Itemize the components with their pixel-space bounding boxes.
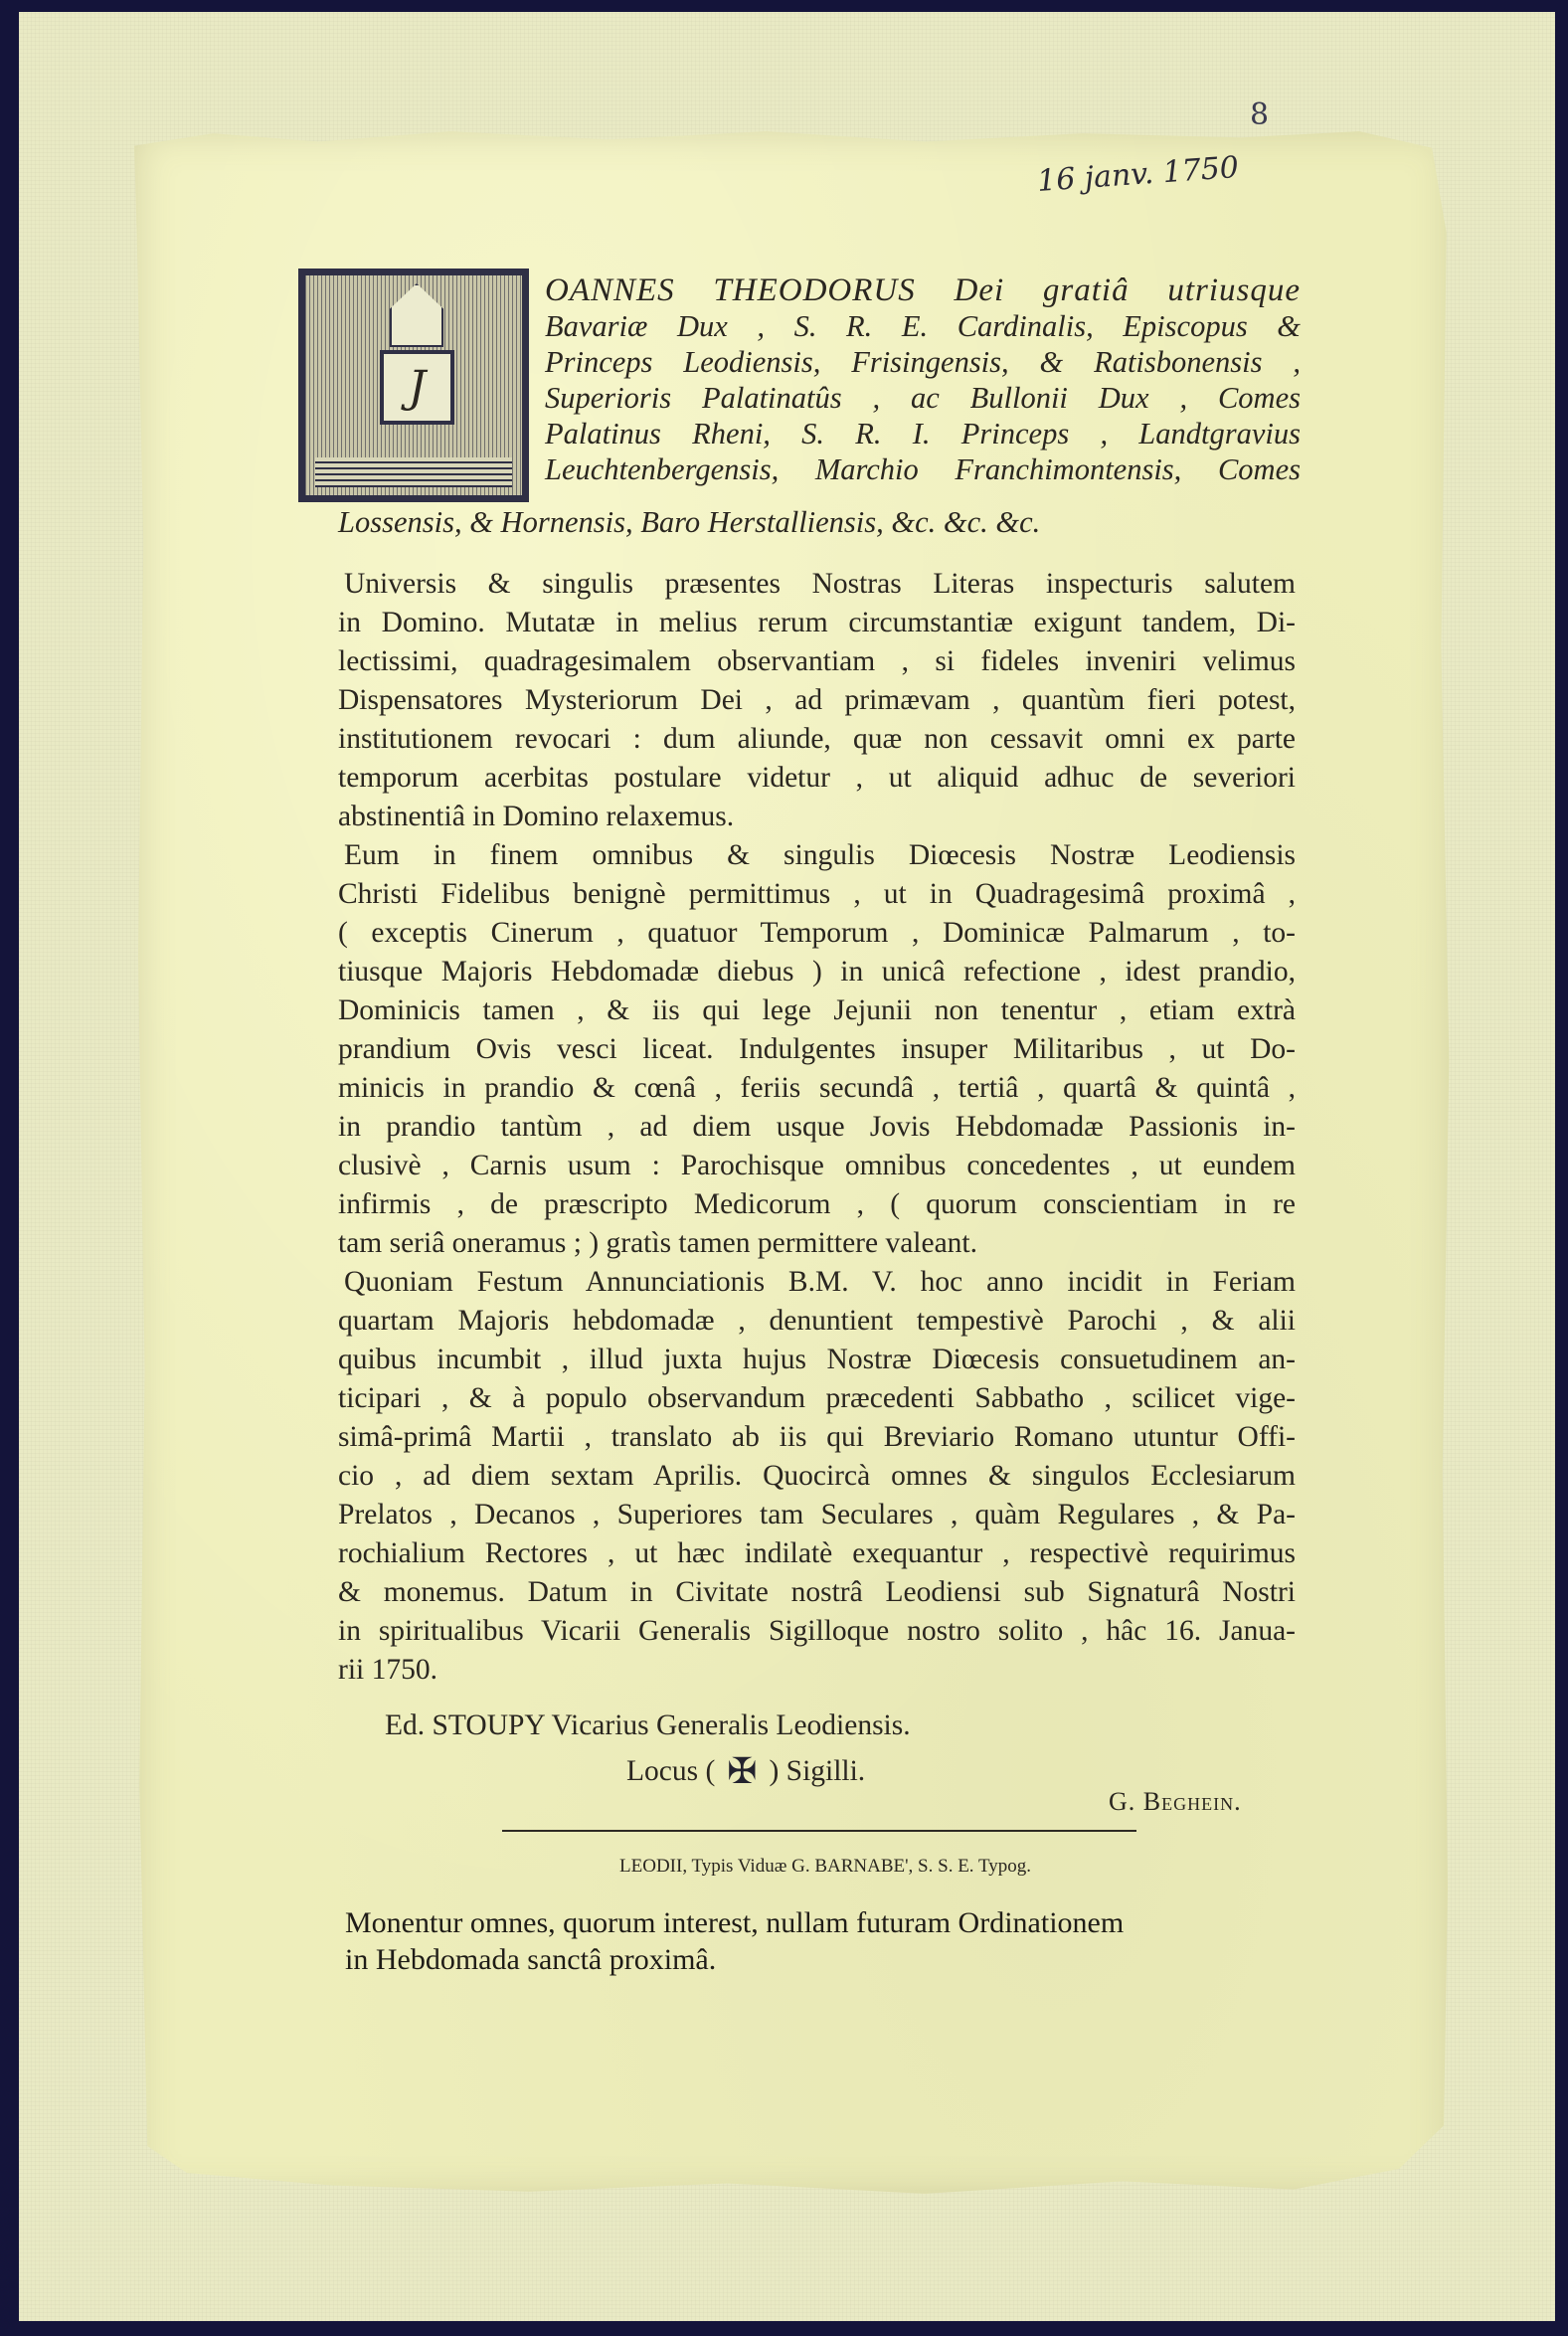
title-last-line: Lossensis, & Hornensis, Baro Herstallien… [338,505,1040,540]
body-line: ( exceptis Cinerum , quatuor Temporum , … [338,914,1296,953]
page-number: 8 [1250,97,1269,132]
body-line: & monemus. Datum in Civitate nostrâ Leod… [338,1573,1296,1612]
title-line: Princeps Leodiensis, Frisingensis, & Rat… [545,344,1301,380]
body-line: Quoniam Festum Annunciationis B.M. V. ho… [341,1263,1296,1302]
body-text: Universis & singulis præsentes Nostras L… [341,565,1296,1690]
secretary-name: Beghein. [1143,1787,1242,1816]
divider-rule [502,1830,1136,1832]
seal-line: Locus ( ✠ ) Sigilli. [626,1750,865,1792]
title-line: Palatinus Rheni, S. R. I. Princeps , Lan… [545,416,1301,451]
body-line: tam seriâ oneramus ; ) gratìs tamen perm… [338,1224,1296,1263]
body-line: Christi Fidelibus benignè permittimus , … [338,875,1296,914]
body-line: Eum in finem omnibus & singulis Diœcesis… [341,836,1296,875]
title-line: Bavariæ Dux , S. R. E. Cardinalis, Episc… [545,308,1301,344]
mitre-icon [390,283,443,347]
body-line: prandium Ovis vesci liceat. Indulgentes … [338,1030,1296,1069]
notice-line: in Hebdomada sanctâ proximâ. [345,1941,1300,1978]
body-line: abstinentiâ in Domino relaxemus. [338,798,1296,836]
initial-letter: J [380,350,454,425]
vicar-signature: Ed. STOUPY Vicarius Generalis Leodiensis… [385,1709,911,1742]
title-line: OANNES THEODORUS Dei gratiâ utriusque [545,272,1301,308]
cross-seal-icon: ✠ [727,1750,757,1792]
body-line: in prandio tantùm , ad diem usque Jovis … [338,1108,1296,1147]
body-line: Prelatos , Decanos , Superiores tam Secu… [338,1496,1296,1534]
body-line: cio , ad diem sextam Aprilis. Quocircà o… [338,1457,1296,1496]
title-line: Leuchtenbergensis, Marchio Franchimonten… [545,451,1301,487]
body-line: simâ-primâ Martii , translato ab iis qui… [338,1418,1296,1457]
body-line: rii 1750. [338,1651,1296,1690]
ornamental-initial: J [298,269,529,502]
body-line: Dispensatores Mysteriorum Dei , ad primæ… [338,681,1296,720]
body-line: rochialium Rectores , ut hæc indilatè ex… [338,1534,1296,1573]
body-line: clusivè , Carnis usum : Parochisque omni… [338,1147,1296,1185]
body-line: Universis & singulis præsentes Nostras L… [341,565,1296,604]
body-line: tiusque Majoris Hebdomadæ diebus ) in un… [338,953,1296,991]
body-line: minicis in prandio & cœnâ , feriis secun… [338,1069,1296,1108]
seal-text-after: ) Sigilli. [769,1755,865,1788]
secretary-initial: G. [1109,1787,1135,1816]
altar-decoration [315,457,512,487]
seal-text-before: Locus ( [626,1755,715,1788]
body-line: quibus incumbit , illud juxta hujus Nost… [338,1341,1296,1379]
body-line: ticipari , & à populo observandum præced… [338,1379,1296,1418]
printer-imprint: LEODII, Typis Viduæ G. BARNABE', S. S. E… [328,1856,1322,1878]
body-line: infirmis , de præscripto Medicorum , ( q… [338,1185,1296,1224]
body-line: in Domino. Mutatæ in melius rerum circum… [338,604,1296,642]
body-line: institutionem revocari : dum aliunde, qu… [338,720,1296,759]
title-line: Superioris Palatinatûs , ac Bullonii Dux… [545,380,1301,416]
secretary-signature: G. Beghein. [1109,1787,1242,1817]
notice-line: Monentur omnes, quorum interest, nullam … [345,1904,1300,1941]
ordination-notice: Monentur omnes, quorum interest, nullam … [345,1904,1300,1978]
body-line: quartam Majoris hebdomadæ , denuntient t… [338,1302,1296,1341]
body-line: in spiritualibus Vicarii Generalis Sigil… [338,1612,1296,1651]
body-line: temporum acerbitas postulare videtur , u… [338,759,1296,798]
title-block: OANNES THEODORUS Dei gratiâ utriusque Ba… [545,272,1301,487]
body-line: lectissimi, quadragesimalem observantiam… [338,642,1296,681]
body-line: Dominicis tamen , & iis qui lege Jejunii… [338,991,1296,1030]
